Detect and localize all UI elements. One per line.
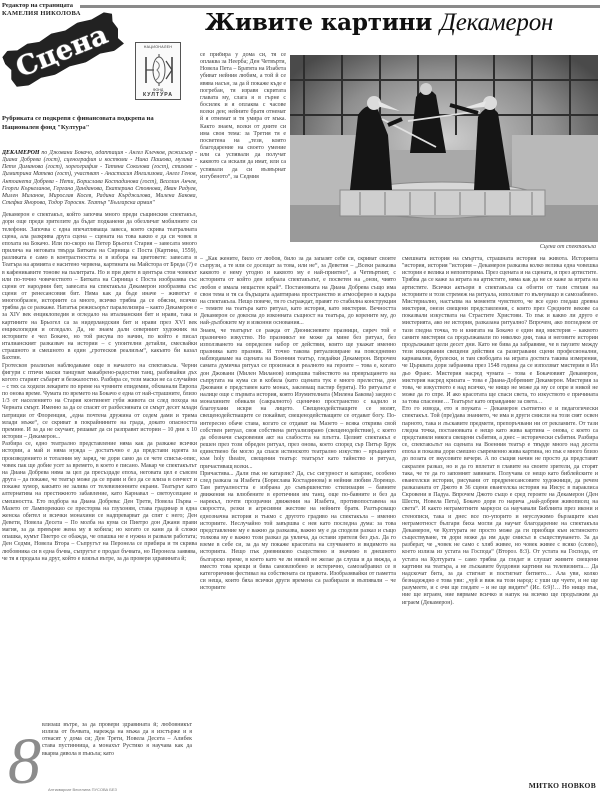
- top-rule: [80, 5, 600, 8]
- article-column-right: смешната история на смъртта, страшната и…: [402, 256, 598, 716]
- article-column-middle: – „Как жените, било от любов, било за да…: [200, 256, 396, 796]
- section-banner: Сцена: [0, 22, 128, 82]
- national-culture-fund-logo: НАЦИОНАЛЕН ФОНД КУЛТУРА: [135, 42, 181, 100]
- culture-fund-emblem-icon: [144, 53, 174, 87]
- stage-photo-image: [290, 55, 598, 242]
- article-column-left: ДЕКАМЕРОН по Джовани Бокачо, адаптация -…: [2, 150, 197, 715]
- paragraph: влизаш вътре, за да провери здравината й…: [42, 722, 192, 758]
- article-headline: Живите картини Декамерон: [205, 9, 553, 37]
- paragraph: Декамерон е спектакъл, който започва мно…: [2, 212, 197, 362]
- article-column-narrow: се прибира у дома си, тя се оплаква за Н…: [200, 52, 286, 255]
- headline-plain: Живите картини: [205, 9, 440, 36]
- paragraph: – „Как жените, било от любов, било за да…: [200, 256, 396, 328]
- printer-note: Антиквариат Веселина ПУСОВА БЕЗ: [48, 787, 117, 792]
- logo-bottom-text: КУЛТУРА: [136, 92, 180, 98]
- production-title: ДЕКАМЕРОН: [2, 150, 39, 156]
- paragraph: Разбира се, едно театрално представление…: [2, 441, 197, 563]
- paragraph: Трябва да се каже за играта на артистите…: [402, 277, 598, 406]
- logo-top-text: НАЦИОНАЛЕН: [136, 45, 180, 49]
- stage-photo: [290, 55, 598, 242]
- editor-name: КАМЕЛИЯ НИКОЛОВА: [2, 10, 98, 18]
- production-credits-text: по Джовани Бокачо, адаптация - Ангел Кле…: [2, 150, 197, 206]
- funding-note: Рубриката се подкрепя с финансовата подк…: [2, 115, 172, 132]
- paragraph: Знаем, че театърът се ражда от Дионисиев…: [200, 328, 396, 471]
- section-title: Сцена: [12, 19, 113, 84]
- page-number: 8: [8, 732, 41, 792]
- paragraph: Ето го извода, ето я поуката – Декамерон…: [402, 406, 598, 606]
- photo-caption: Сцена от спектакъла: [540, 244, 596, 250]
- article-column-bottom-left: влизаш вътре, за да провери здравината й…: [42, 722, 192, 772]
- editor-label: Редактор на страницата: [2, 2, 98, 10]
- headline-italic: Декамерон: [440, 9, 553, 36]
- paragraph: се прибира у дома си, тя се оплаква за Н…: [200, 52, 286, 181]
- paragraph: смешната история на смъртта, страшната и…: [402, 256, 598, 277]
- article-author: МИТКО НОВКОВ: [529, 781, 596, 790]
- editor-credit: Редактор на страницата КАМЕЛИЯ НИКОЛОВА: [2, 2, 98, 18]
- paragraph: Причастява... Дали пък не катарзис? Да, …: [200, 471, 396, 593]
- production-credits: ДЕКАМЕРОН по Джовани Бокачо, адаптация -…: [2, 150, 197, 207]
- paragraph: Гротесков реализъм наблюдаваме още в нач…: [2, 363, 197, 442]
